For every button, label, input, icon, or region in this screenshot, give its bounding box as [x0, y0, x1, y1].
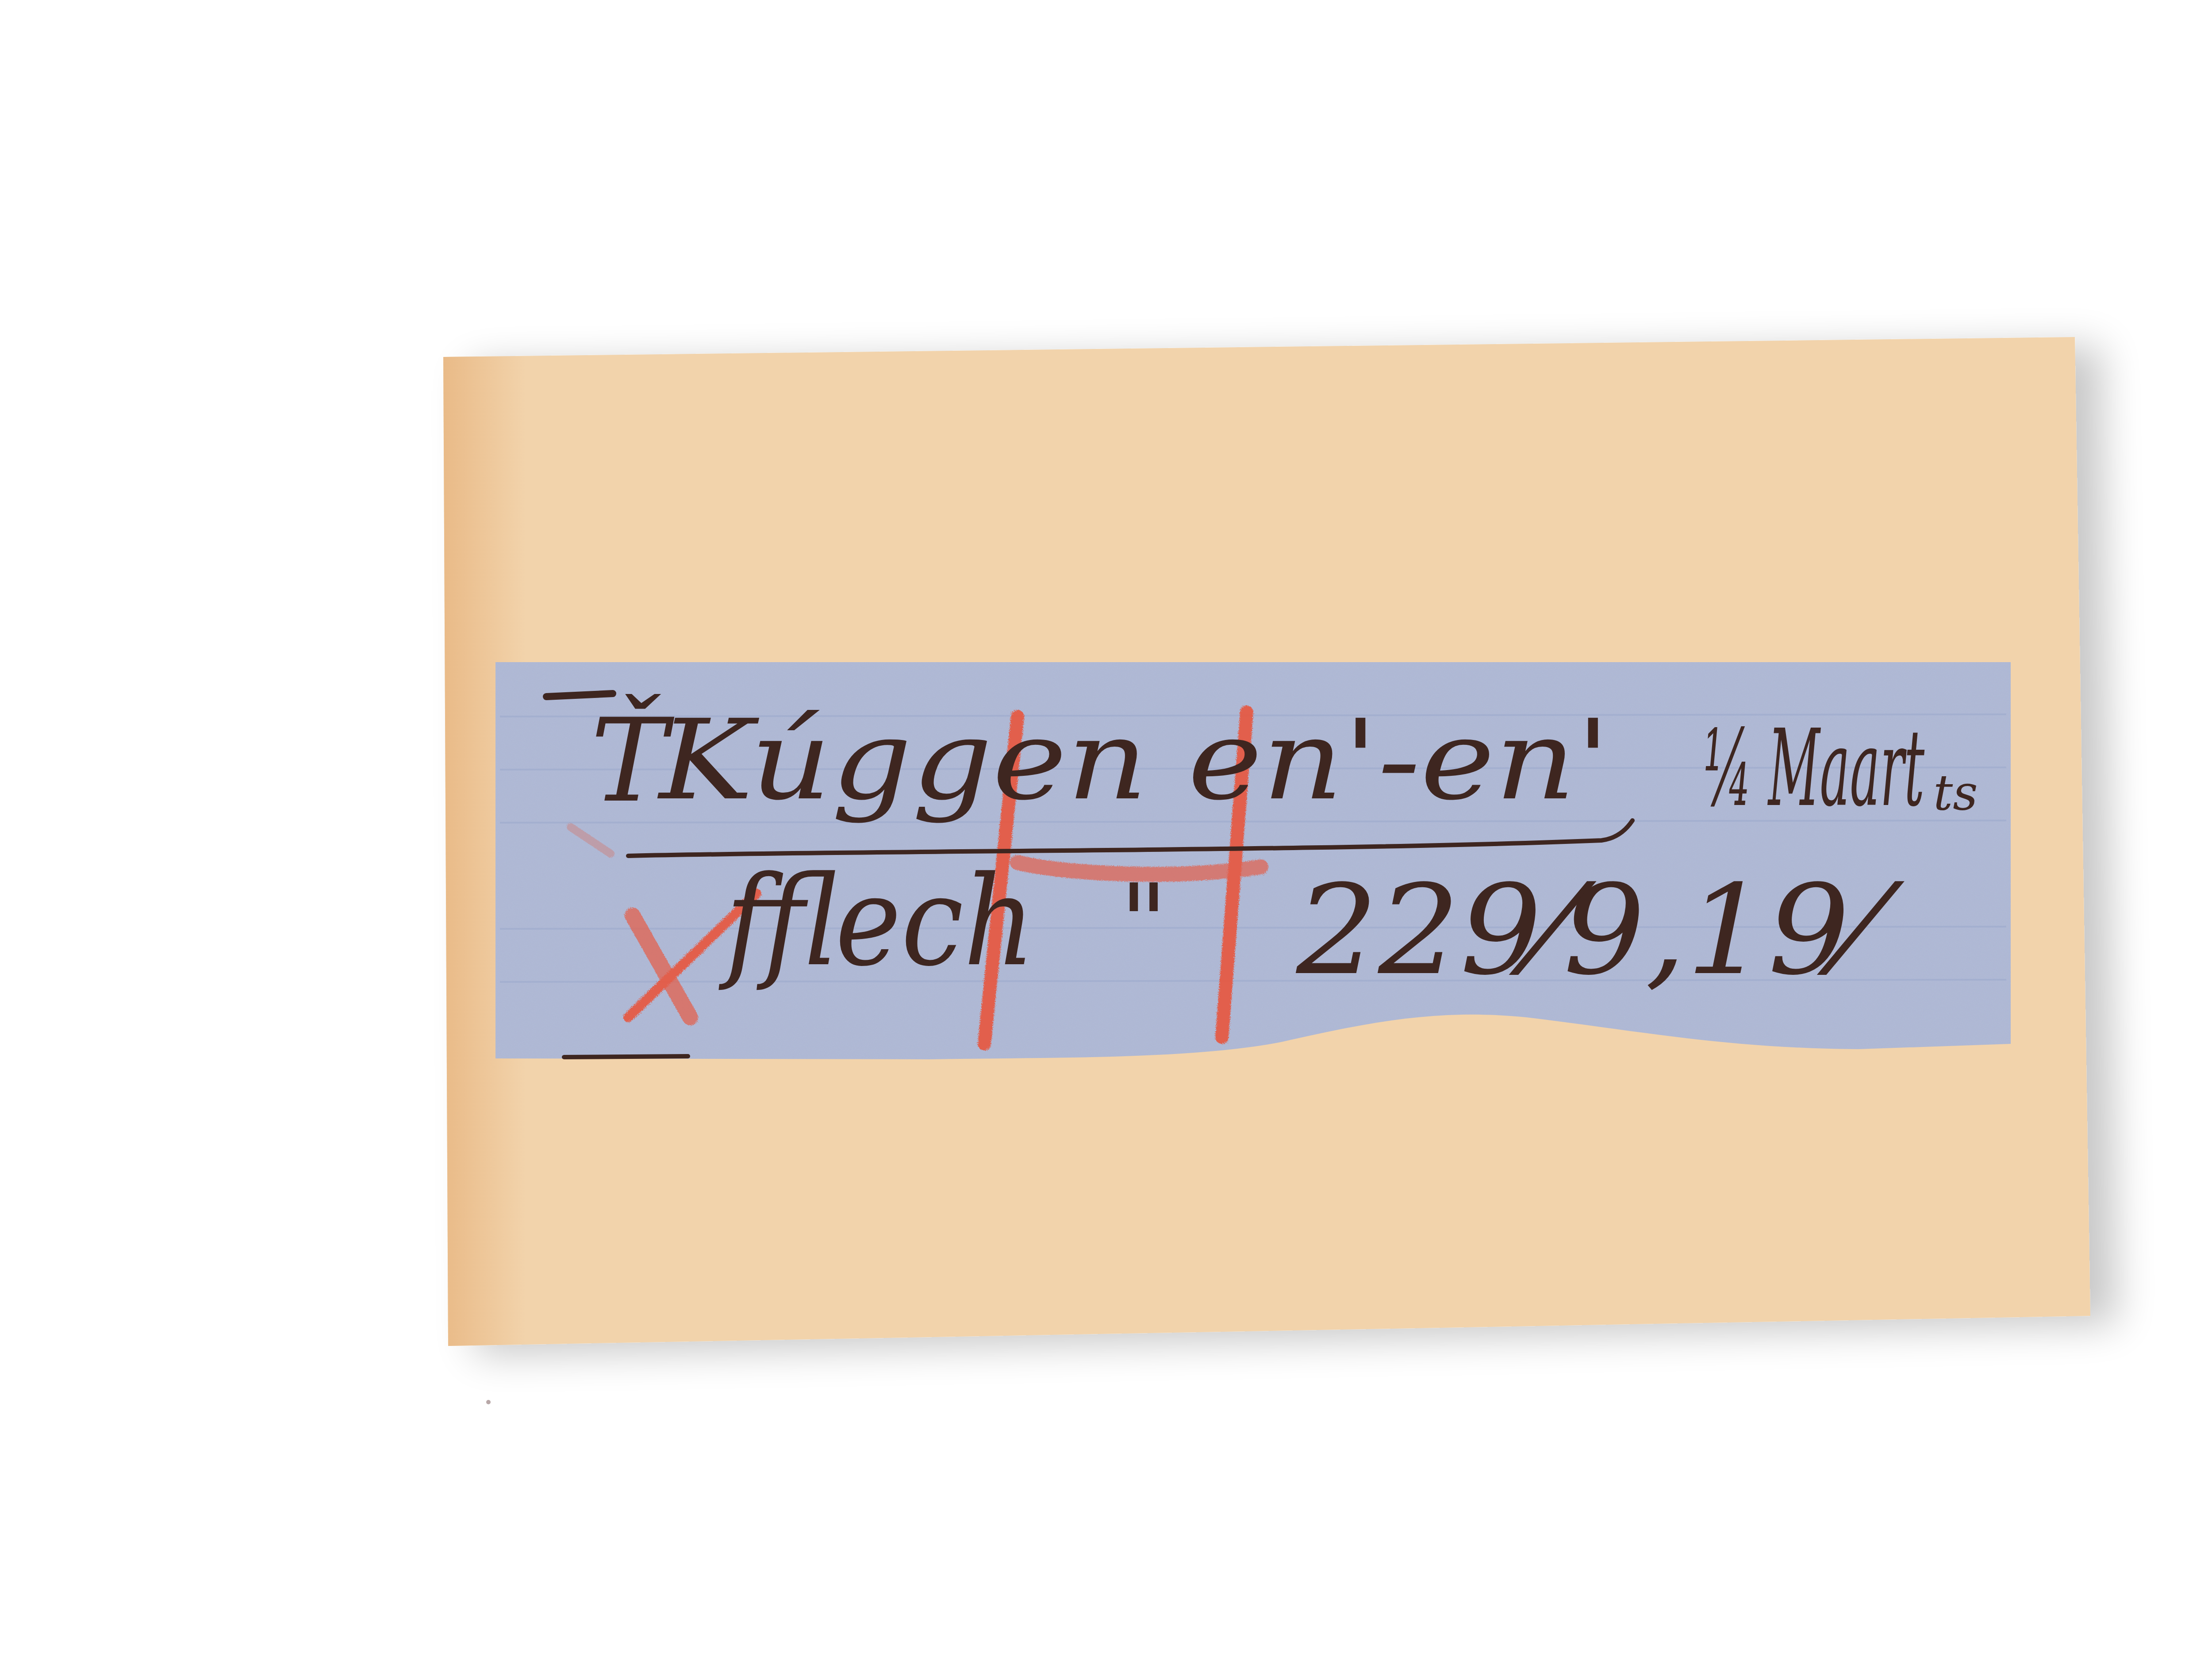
handwriting-line-1: Ť Kúggen en'-en' ¼ Maart ts: [591, 693, 1978, 830]
bottom-dash: [564, 1056, 688, 1057]
line1-date: ¼ Maart: [1703, 706, 1924, 830]
line1-date-suffix: ts: [1933, 764, 1978, 821]
line2-ditto: ": [1119, 861, 1168, 985]
document-photo: Ť Kúggen en'-en' ¼ Maart ts fflech " 229…: [0, 0, 2212, 1656]
line2-amount: 229⁄9,19⁄: [1294, 859, 1906, 1003]
background-speck: [486, 1400, 491, 1404]
line1-text: Kúggen en'-en': [657, 696, 1610, 824]
handwriting-line-2: fflech " 229⁄9,19⁄: [718, 850, 1906, 1003]
line2-text: fflech: [718, 850, 1035, 994]
